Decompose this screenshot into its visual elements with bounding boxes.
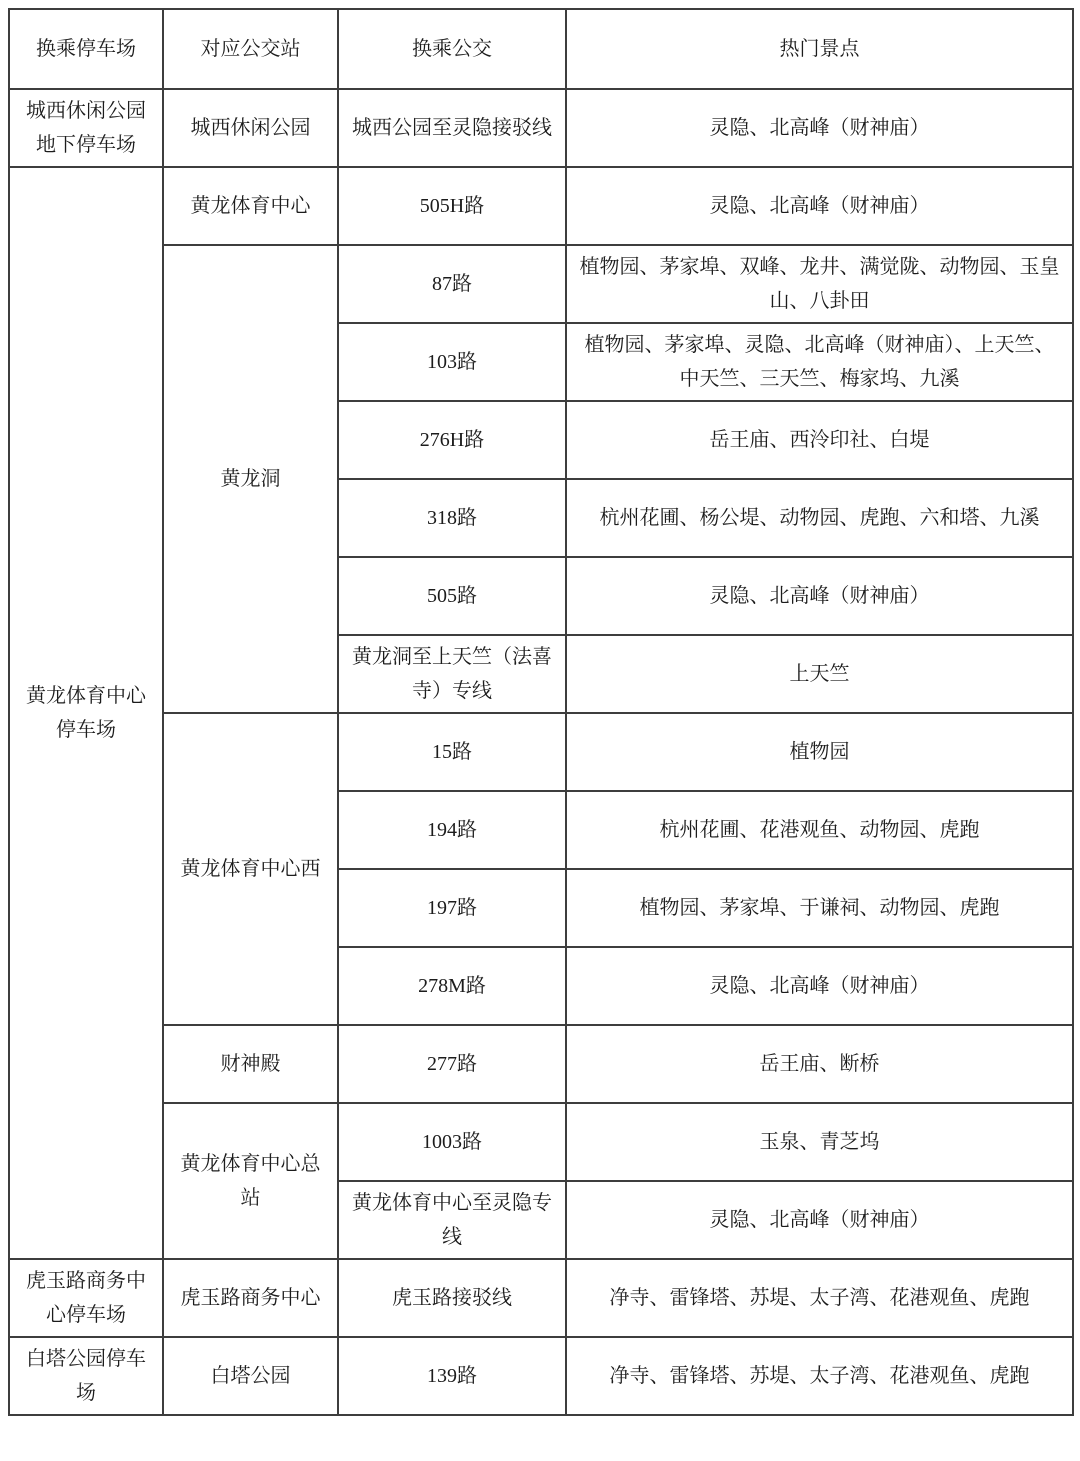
attractions-cell: 植物园、茅家埠、双峰、龙井、满觉陇、动物园、玉皇山、八卦田 bbox=[566, 245, 1073, 323]
table-row: 黄龙体育中心停车场 黄龙体育中心 505H路 灵隐、北高峰（财神庙） bbox=[9, 167, 1073, 245]
table-row: 白塔公园停车场 白塔公园 139路 净寺、雷锋塔、苏堤、太子湾、花港观鱼、虎跑 bbox=[9, 1337, 1073, 1415]
bus-cell: 194路 bbox=[338, 791, 566, 869]
attractions-cell: 净寺、雷锋塔、苏堤、太子湾、花港观鱼、虎跑 bbox=[566, 1337, 1073, 1415]
attractions-cell: 植物园 bbox=[566, 713, 1073, 791]
table-row: 黄龙体育中心西 15路 植物园 bbox=[9, 713, 1073, 791]
attractions-cell: 上天竺 bbox=[566, 635, 1073, 713]
station-cell: 城西休闲公园 bbox=[163, 89, 338, 167]
station-cell: 白塔公园 bbox=[163, 1337, 338, 1415]
bus-cell: 黄龙洞至上天竺（法喜寺）专线 bbox=[338, 635, 566, 713]
attractions-cell: 灵隐、北高峰（财神庙） bbox=[566, 557, 1073, 635]
bus-cell: 87路 bbox=[338, 245, 566, 323]
bus-cell: 15路 bbox=[338, 713, 566, 791]
bus-cell: 505路 bbox=[338, 557, 566, 635]
attractions-cell: 岳王庙、西泠印社、白堤 bbox=[566, 401, 1073, 479]
attractions-cell: 杭州花圃、花港观鱼、动物园、虎跑 bbox=[566, 791, 1073, 869]
attractions-cell: 灵隐、北高峰（财神庙） bbox=[566, 947, 1073, 1025]
attractions-cell: 灵隐、北高峰（财神庙） bbox=[566, 167, 1073, 245]
parking-cell: 黄龙体育中心停车场 bbox=[9, 167, 163, 1259]
station-cell: 黄龙体育中心 bbox=[163, 167, 338, 245]
col-header-attractions: 热门景点 bbox=[566, 9, 1073, 89]
attractions-cell: 植物园、茅家埠、于谦祠、动物园、虎跑 bbox=[566, 869, 1073, 947]
attractions-cell: 灵隐、北高峰（财神庙） bbox=[566, 1181, 1073, 1259]
col-header-parking: 换乘停车场 bbox=[9, 9, 163, 89]
transfer-parking-table: 换乘停车场 对应公交站 换乘公交 热门景点 城西休闲公园地下停车场 城西休闲公园… bbox=[8, 8, 1074, 1416]
parking-cell: 城西休闲公园地下停车场 bbox=[9, 89, 163, 167]
bus-cell: 139路 bbox=[338, 1337, 566, 1415]
bus-cell: 277路 bbox=[338, 1025, 566, 1103]
station-cell: 虎玉路商务中心 bbox=[163, 1259, 338, 1337]
station-cell: 黄龙体育中心西 bbox=[163, 713, 338, 1025]
bus-cell: 虎玉路接驳线 bbox=[338, 1259, 566, 1337]
attractions-cell: 灵隐、北高峰（财神庙） bbox=[566, 89, 1073, 167]
station-cell: 黄龙体育中心总站 bbox=[163, 1103, 338, 1259]
attractions-cell: 杭州花圃、杨公堤、动物园、虎跑、六和塔、九溪 bbox=[566, 479, 1073, 557]
attractions-cell: 植物园、茅家埠、灵隐、北高峰（财神庙）、上天竺、中天竺、三天竺、梅家坞、九溪 bbox=[566, 323, 1073, 401]
bus-cell: 103路 bbox=[338, 323, 566, 401]
attractions-cell: 玉泉、青芝坞 bbox=[566, 1103, 1073, 1181]
bus-cell: 505H路 bbox=[338, 167, 566, 245]
bus-cell: 278M路 bbox=[338, 947, 566, 1025]
table-row: 城西休闲公园地下停车场 城西休闲公园 城西公园至灵隐接驳线 灵隐、北高峰（财神庙… bbox=[9, 89, 1073, 167]
bus-cell: 城西公园至灵隐接驳线 bbox=[338, 89, 566, 167]
attractions-cell: 净寺、雷锋塔、苏堤、太子湾、花港观鱼、虎跑 bbox=[566, 1259, 1073, 1337]
parking-cell: 白塔公园停车场 bbox=[9, 1337, 163, 1415]
attractions-cell: 岳王庙、断桥 bbox=[566, 1025, 1073, 1103]
col-header-bus: 换乘公交 bbox=[338, 9, 566, 89]
col-header-station: 对应公交站 bbox=[163, 9, 338, 89]
bus-cell: 318路 bbox=[338, 479, 566, 557]
table-row: 虎玉路商务中心停车场 虎玉路商务中心 虎玉路接驳线 净寺、雷锋塔、苏堤、太子湾、… bbox=[9, 1259, 1073, 1337]
bus-cell: 黄龙体育中心至灵隐专线 bbox=[338, 1181, 566, 1259]
station-cell: 黄龙洞 bbox=[163, 245, 338, 713]
table-row: 黄龙体育中心总站 1003路 玉泉、青芝坞 bbox=[9, 1103, 1073, 1181]
parking-cell: 虎玉路商务中心停车场 bbox=[9, 1259, 163, 1337]
bus-cell: 197路 bbox=[338, 869, 566, 947]
table-row: 黄龙洞 87路 植物园、茅家埠、双峰、龙井、满觉陇、动物园、玉皇山、八卦田 bbox=[9, 245, 1073, 323]
bus-cell: 1003路 bbox=[338, 1103, 566, 1181]
station-cell: 财神殿 bbox=[163, 1025, 338, 1103]
table-row: 财神殿 277路 岳王庙、断桥 bbox=[9, 1025, 1073, 1103]
bus-cell: 276H路 bbox=[338, 401, 566, 479]
header-row: 换乘停车场 对应公交站 换乘公交 热门景点 bbox=[9, 9, 1073, 89]
